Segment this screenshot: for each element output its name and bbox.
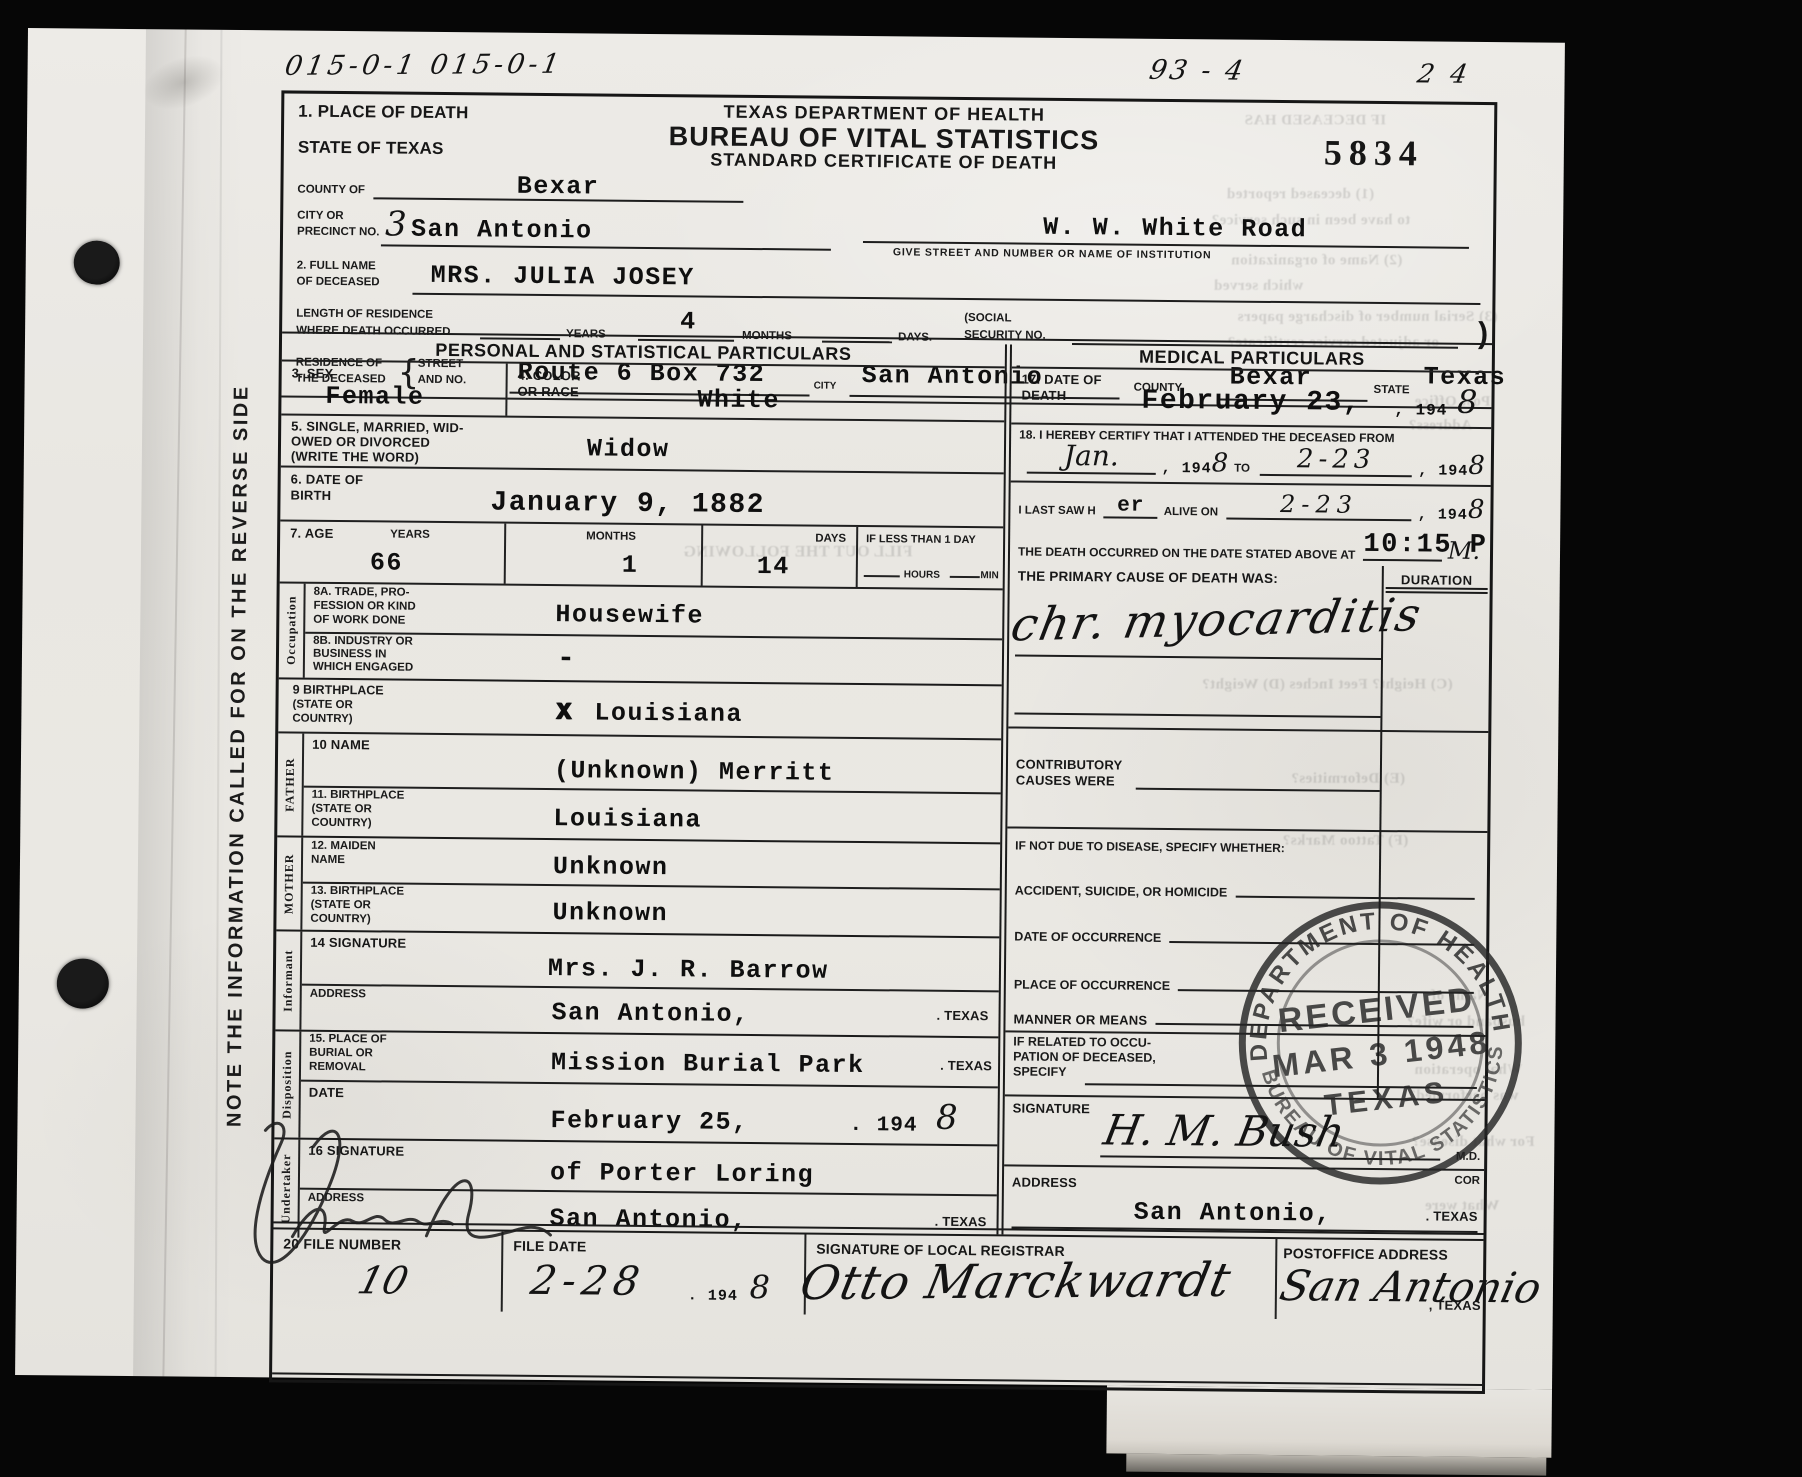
maiden-value: Unknown [553,854,669,880]
burial-date-label: DATE [309,1085,344,1101]
informant-group: Informant 14 SIGNATURE Mrs. J. R. Barrow… [275,931,999,1038]
dod-value: February 23, [1141,388,1361,418]
if-not-disease-label: IF NOT DUE TO DISEASE, SPECIFY WHETHER: [1015,839,1285,856]
marital-value: Widow [587,436,670,462]
marital-label-2: OWED OR DIVORCED [291,434,430,451]
age-months-label: MONTHS [586,530,636,544]
undertaker-side-label: Undertaker [278,1153,294,1223]
certify-row: 18. I HEREBY CERTIFY THAT I ATTENDED THE… [1011,424,1492,487]
street-value: W. W. White Road [1043,215,1307,243]
file-date-year-handwritten: 8 [749,1268,770,1306]
burial-date-row: DATE February 25, . 194 8 [300,1082,998,1145]
physician-address-state: . TEXAS [1426,1208,1478,1224]
attended-from-handwritten: Jan. [1064,439,1119,473]
precinct-number-handwritten: 3 [385,204,407,244]
closing-paren: ) [1478,317,1488,351]
from-year: , 194 [1162,461,1212,476]
color-label-1: 4. COLOR [518,368,581,384]
informant-signature-row: 14 SIGNATURE Mrs. J. R. Barrow [302,932,999,993]
hours-label: HOURS [904,569,940,581]
place-occurrence-label: PLACE OF OCCURRENCE [1014,978,1170,994]
father-bp-value: Louisiana [553,806,702,832]
place-of-death-label: 1. PLACE OF DEATH [298,102,468,124]
trade-row: 8A. TRADE, PRO- FESSION OR KIND OF WORK … [305,584,1002,641]
maiden-label-2: NAME [311,854,345,868]
birthplace-value: Louisiana [594,700,743,726]
birthplace-label-2: (STATE OR [292,699,352,713]
father-bp-label-2: (STATE OR [311,803,371,817]
form-header: 1. PLACE OF DEATH STATE OF TEXAS TEXAS D… [284,93,1495,177]
age-months-value: 1 [622,553,639,578]
father-birthplace-row: 11. BIRTHPLACE (STATE OR COUNTRY) Louisi… [303,788,1000,843]
cause-line-1 [1015,655,1381,661]
dob-row: 6. DATE OF BIRTH January 9, 1882 [280,467,1003,528]
sex-label: 3. SEX [292,366,334,382]
occupation-side-label: Occupation [283,596,299,665]
undertaker-signature-label: 16 SIGNATURE [308,1143,404,1159]
dob-label-1: 6. DATE OF [291,472,364,488]
mother-side-label: MOTHER [281,853,297,914]
dod-year: , 194 [1394,402,1447,419]
accident-label: ACCIDENT, SUICIDE, OR HOMICIDE [1015,884,1228,901]
occupation-group: Occupation 8A. TRADE, PRO- FESSION OR KI… [279,583,1003,686]
industry-label-3: WHICH ENGAGED [313,661,413,676]
file-number-label: 20 FILE NUMBER [283,1236,401,1254]
maiden-name-row: 12. MAIDEN NAME Unknown [303,838,1000,891]
informant-address-value: San Antonio, [551,1000,749,1027]
father-bp-label-1: 11. BIRTHPLACE [312,789,405,804]
registrar-row: 20 FILE NUMBER 10 FILE DATE 2-28 . 194 8… [273,1227,1484,1321]
county-label: COUNTY OF [297,184,365,198]
dod-year-handwritten: 8 [1457,383,1478,421]
postoffice-address-handwritten: San Antonio [1276,1261,1546,1312]
race-value: White [697,387,780,413]
father-name-value: (Unknown) Merritt [554,758,835,786]
file-number-handwritten: 10 [353,1258,413,1302]
father-name-row: 10 NAME (Unknown) Merritt [304,734,1001,795]
handwritten-top-right-code: 93 - 4 [1147,55,1249,87]
birthplace-label-1: 9 BIRTHPLACE [293,683,384,699]
dob-value: January 9, 1882 [490,489,765,520]
paper-bottom-edge [1106,1385,1552,1457]
burial-date-year: . 194 [849,1115,917,1137]
dod-label-2: DEATH [1021,388,1066,404]
dob-label-2: BIRTH [290,488,331,504]
county-value: Bexar [517,172,600,202]
father-name-label: 10 NAME [312,737,370,753]
age-years-label: YEARS [390,529,430,543]
related-label-2: PATION OF DECEASED, [1013,1050,1156,1066]
mother-bp-value: Unknown [552,900,668,926]
file-date-label: FILE DATE [513,1238,586,1255]
certificate-number: 5834 [1324,131,1424,174]
length-label-1: LENGTH OF RESIDENCE [296,308,433,323]
dod-label-1: 17. DATE OF [1022,372,1102,388]
informant-signature-label: 14 SIGNATURE [310,935,406,951]
physician-signature-label: SIGNATURE [1013,1101,1091,1117]
physician-signature-handwritten: H. M. Bush [1100,1105,1349,1156]
file-date-handwritten: 2-28 [528,1258,649,1305]
father-group: FATHER 10 NAME (Unknown) Merritt 11. BIR… [277,733,1001,844]
attended-to-handwritten: 2-23 [1297,444,1376,475]
color-label-2: OR RACE [517,384,579,400]
marital-label-3: (WRITE THE WORD) [291,449,419,466]
burial-label-1: 15. PLACE OF [309,1033,386,1048]
undertaker-firm-value: of Porter Loring [550,1160,814,1188]
informant-address-label: ADDRESS [310,988,366,1002]
occurred-label: THE DEATH OCCURRED ON THE DATE STATED AB… [1018,544,1355,562]
hours-line [864,575,900,577]
hole-punch [74,240,120,284]
related-label-1: IF RELATED TO OCCU- [1013,1035,1151,1051]
date-occurrence-label: DATE OF OCCURRENCE [1014,930,1161,946]
last-saw-row: I LAST SAW H er ALIVE ON 2-23 , 194 8 [1010,482,1490,529]
age-years-value: 66 [370,550,403,575]
min-line [950,576,980,578]
social-label-2: SECURITY NO. [964,329,1046,344]
handwritten-top-left-code: 015-0-1 015-0-1 [283,49,566,82]
burial-label-2: BURIAL OR [309,1047,373,1061]
father-side-label: FATHER [282,757,298,811]
death-time-m-handwritten: M. [1448,537,1480,565]
burial-date-year-handwritten: 8 [936,1098,958,1138]
of-deceased-label: OF DECEASED [297,276,380,291]
undertaker-signature-row: 16 SIGNATURE of Porter Loring [300,1140,997,1197]
age-days-label: DAYS [815,533,846,547]
informant-address-row: ADDRESS San Antonio, . TEXAS [301,986,998,1037]
industry-row: 8B. INDUSTRY OR BUSINESS IN WHICH ENGAGE… [305,634,1002,685]
informant-side-label: Informant [280,949,296,1011]
undertaker-address-label: ADDRESS [308,1192,364,1206]
birthplace-overstrike: X [556,700,573,725]
undertaker-address-value: San Antonio, [549,1206,747,1233]
hole-punch [57,958,109,1008]
duration-label: DURATION [1386,566,1488,590]
maiden-label-1: 12. MAIDEN [311,840,376,854]
burial-date-value: February 25, [550,1108,748,1135]
state-of-texas-label: STATE OF TEXAS [298,138,444,159]
date-of-death-row: 17. DATE OF DEATH February 23, , 194 8 [1011,368,1492,429]
physician-address-label: ADDRESS [1012,1174,1077,1190]
burial-label-3: REMOVAL [309,1061,366,1075]
deceased-name-value: MRS. JULIA JOSEY [431,263,695,291]
to-year: , 194 [1418,463,1468,478]
social-label-1: (SOCIAL [964,312,1011,326]
residence-months-value: 4 [680,309,697,334]
precinct-no-label: PRECINCT NO. [297,226,380,241]
cause-of-death-handwritten: chr. myocarditis [1007,587,1427,651]
last-saw-label-2: ALIVE ON [1164,506,1218,520]
burial-row: 15. PLACE OF BURIAL OR REMOVAL Mission B… [301,1032,998,1089]
her-typed: er [1117,494,1144,517]
related-label-3: SPECIFY [1013,1065,1067,1081]
burial-state: . TEXAS [940,1058,992,1074]
father-bp-label-3: COUNTRY) [311,817,371,831]
mother-bp-label-1: 13. BIRTHPLACE [311,885,404,900]
less-than-day-label: IF LESS THAN 1 DAY [866,533,976,547]
trade-label-3: OF WORK DONE [313,614,405,629]
mother-birthplace-row: 13. BIRTHPLACE (STATE OR COUNTRY) Unknow… [302,884,999,937]
city-underline [381,244,831,250]
last-saw-date-handwritten: 2-23 [1280,490,1358,519]
city-or-label: CITY OR [297,210,344,224]
manner-label: MANNER OR MEANS [1013,1011,1147,1028]
burial-value: Mission Burial Park [551,1050,865,1078]
primary-cause-label: THE PRIMARY CAUSE OF DEATH WAS: [1018,569,1278,587]
mother-group: MOTHER 12. MAIDEN NAME Unknown 13. BIRTH… [276,837,1000,938]
contributory-label-1: CONTRIBUTORY [1016,757,1123,773]
city-value: San Antonio [411,217,593,244]
file-date-year: . 194 [688,1288,738,1303]
last-saw-label-1: I LAST SAW H [1018,505,1095,520]
personal-column: PERSONAL AND STATISTICAL PARTICULARS 3. … [273,337,1005,1234]
age-label: 7. AGE [290,526,333,542]
from-year-handwritten: 8 [1212,448,1229,478]
mother-bp-label-3: COUNTRY) [310,913,370,927]
contributory-line [1136,788,1380,792]
disposition-group: Disposition 15. PLACE OF BURIAL OR REMOV… [274,1031,998,1146]
min-label: MIN [980,570,998,582]
age-days-value: 14 [757,554,790,579]
mother-bp-label-2: (STATE OR [311,899,371,913]
bottom-double-rule [272,1372,1482,1386]
sex-value: Female [325,384,424,410]
cause-line-2 [1014,713,1380,719]
saw-year-handwritten: 8 [1468,495,1485,525]
sex-race-row: 3. SEX Female 4. COLOR OR RACE White [281,361,1004,422]
informant-address-state: . TEXAS [937,1008,989,1024]
trade-label-1: 8A. TRADE, PRO- [314,586,410,601]
full-name-label: 2. FULL NAME [297,260,376,275]
to-year-handwritten: 8 [1468,451,1485,481]
underlying-page-edge [1126,1454,1546,1476]
trade-label-2: FESSION OR KIND [313,600,415,615]
age-row: 7. AGE YEARS 66 MONTHS 1 DAYS 14 IF LESS… [280,521,1004,590]
death-time-row: THE DEATH OCCURRED ON THE DATE STATED AB… [1010,524,1490,567]
handwritten-corner-code: 2 4 [1415,59,1474,89]
registrar-signature-handwritten: Otto Marckwardt [796,1253,1236,1311]
contributory-label-2: CAUSES WERE [1016,773,1115,789]
scanned-certificate-paper: NOTE THE INFORMATION CALLED FOR ON THE R… [14,28,1564,1455]
industry-value: - [557,644,577,674]
saw-year: , 194 [1418,507,1468,522]
duration-column: DURATION [1377,566,1490,1101]
birthplace-label-3: COUNTRY) [292,713,352,727]
birthplace-row: 9 BIRTHPLACE (STATE OR COUNTRY) X Louisi… [278,679,1001,740]
disposition-side-label: Disposition [279,1050,295,1119]
informant-signature-value: Mrs. J. R. Barrow [548,956,829,984]
trade-value: Housewife [555,602,704,628]
to-label: TO [1234,463,1250,477]
marital-row: 5. SINGLE, MARRIED, WID- OWED OR DIVORCE… [281,415,1004,474]
physician-address-value: San Antonio, [1134,1200,1332,1227]
